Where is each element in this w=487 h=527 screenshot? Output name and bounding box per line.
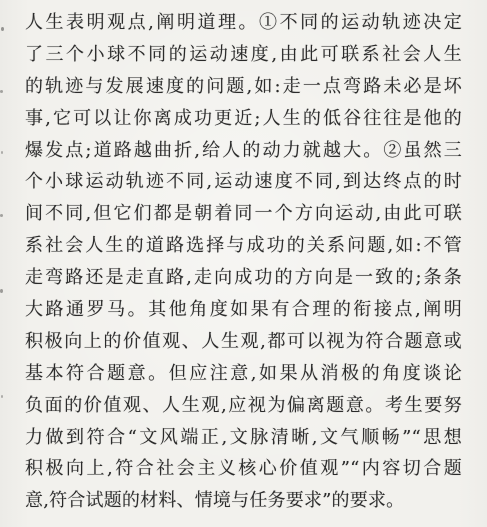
- scan-speck: [0, 214, 3, 217]
- text-line: 走弯路还是走直路,走向成功的方向是一致的;条条: [25, 262, 462, 294]
- text-line: 积极向上,符合社会主义核心价值观”“内容切合题: [25, 453, 462, 485]
- text-line: 爆发点;道路越曲折,给人的动力就越大。②虽然三: [25, 135, 462, 167]
- scan-speck: [1, 151, 3, 154]
- text-line: 大路通罗马。其他角度如果有合理的衔接点,阐明: [25, 294, 462, 326]
- scan-speck: [1, 395, 3, 398]
- text-line: 人生表明观点,阐明道理。①不同的运动轨迹决定: [25, 7, 462, 39]
- text-line: 负面的价值观、人生观,应视为偏离题意。考生要努: [25, 390, 462, 422]
- text-line: 了三个小球不同的运动速度,由此可联系社会人生: [25, 39, 462, 71]
- text-line: 系社会人生的道路选择与成功的关系问题,如:不管: [25, 230, 462, 262]
- text-line: 的轨迹与发展速度的问题,如:走一点弯路未必是坏: [25, 71, 462, 103]
- text-line: 事,它可以让你离成功更近;人生的低谷往往是他的: [25, 103, 462, 135]
- text-line: 意,符合试题的材料、情境与任务要求”的要求。: [25, 485, 462, 517]
- scanned-page: 人生表明观点,阐明道理。①不同的运动轨迹决定 了三个小球不同的运动速度,由此可联…: [0, 0, 487, 527]
- scan-speck: [1, 27, 4, 31]
- text-line: 积极向上的价值观、人生观,都可以视为符合题意或: [25, 326, 462, 358]
- text-line: 个小球运动轨迹不同,运动速度不同,到达终点的时: [25, 166, 462, 198]
- text-line: 基本符合题意。但应注意,如果从消极的角度谈论: [25, 358, 462, 390]
- body-text-paragraph: 人生表明观点,阐明道理。①不同的运动轨迹决定 了三个小球不同的运动速度,由此可联…: [25, 7, 462, 517]
- text-line: 间不同,但它们都是朝着同一个方向运动,由此可联: [25, 198, 462, 230]
- scan-speck: [0, 289, 3, 293]
- scan-speck: [0, 90, 3, 93]
- text-line: 力做到符合“文风端正,文脉清晰,文气顺畅”“思想: [25, 422, 462, 454]
